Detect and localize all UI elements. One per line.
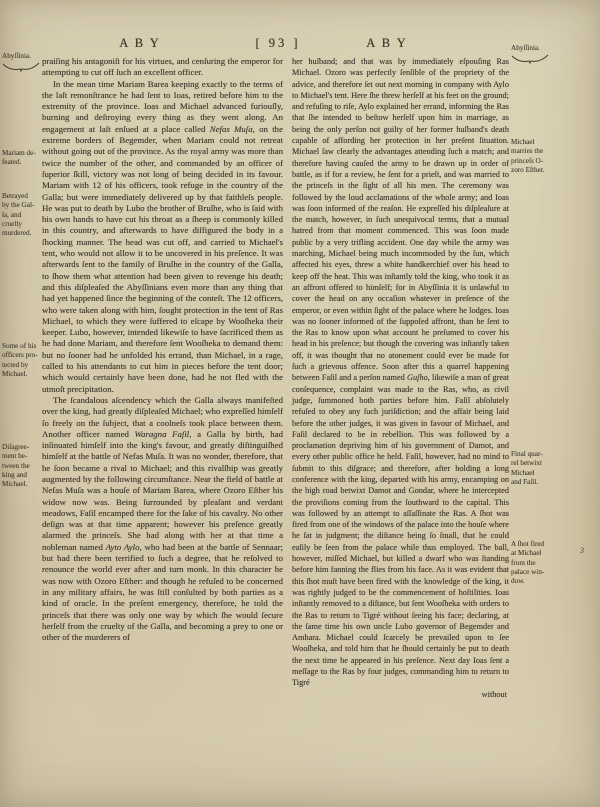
- paragraph: In the mean time Mariam Barea keeping ex…: [42, 79, 283, 395]
- paragraph: her huſband; and that was by immediately…: [292, 56, 509, 689]
- column-right: her huſband; and that was by immediately…: [292, 56, 509, 700]
- sidenote-brace-icon: [511, 54, 549, 64]
- sidenote: Some of hisofficers pro-tected byMichael…: [2, 342, 42, 379]
- paragraph: The ſcandalous aſcendency which the Gall…: [42, 395, 283, 644]
- sidenote: Abyſſinia.: [2, 52, 42, 72]
- running-head-right: A B Y: [366, 36, 408, 51]
- page-number: [ 93 ]: [255, 36, 300, 51]
- sidenote-column-left: Abyſſinia.Mariam de-feated.Betrayedby th…: [2, 0, 42, 807]
- sidenote: Michaelmarries theprinceſs O-zoro Eſther…: [511, 138, 563, 175]
- press-figure: 3: [580, 546, 584, 555]
- catchword: without: [292, 689, 509, 700]
- sidenote-brace-icon: [2, 62, 40, 72]
- sidenote: A ſhot firedat Michaelfrom thepalace win…: [511, 540, 563, 586]
- sidenote-column-right: Abyſſinia.Michaelmarries theprinceſs O-z…: [511, 0, 563, 807]
- sidenote: Betrayedby the Gal-la, andcruellymurdere…: [2, 192, 42, 238]
- sidenote: Diſagree-ment be-tween theking andMichae…: [2, 443, 42, 489]
- column-left: praiſing his antagoniſt for his virtues,…: [42, 56, 283, 643]
- running-head-left: A B Y: [119, 36, 161, 51]
- sidenote: Final quar-rel betwixtMichaeland Faſil.: [511, 450, 563, 487]
- paragraph: praiſing his antagoniſt for his virtues,…: [42, 56, 283, 79]
- sidenote: Abyſſinia.: [511, 44, 563, 64]
- book-page: A B Y [ 93 ] A B Y Abyſſinia.Mariam de-f…: [0, 0, 600, 807]
- sidenote: Mariam de-feated.: [2, 149, 42, 168]
